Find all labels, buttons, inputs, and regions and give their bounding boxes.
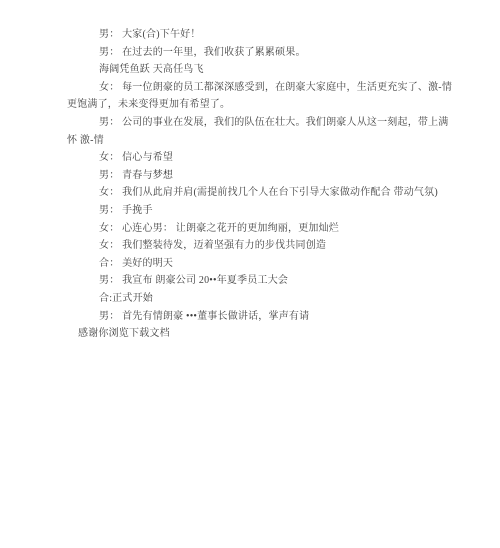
text-line: 女： 我们从此肩并肩(需提前找几个人在台下引导大家做动作配合 带动气氛) (67, 184, 442, 202)
document-body: 男： 大家(合)下午好！男： 在过去的一年里，我们收获了累累硕果。海阔凭鱼跃 天… (67, 26, 442, 343)
text-line: 怀 激-情 (67, 132, 442, 150)
document-page: 男： 大家(合)下午好！男： 在过去的一年里，我们收获了累累硕果。海阔凭鱼跃 天… (0, 0, 500, 548)
text-line: 男： 青春与梦想 (67, 167, 442, 185)
text-line: 海阔凭鱼跃 天高任鸟飞 (67, 61, 442, 79)
text-line: 合： 美好的明天 (67, 255, 442, 273)
text-line: 更饱满了，未来变得更加有希望了。 (67, 96, 442, 114)
text-line: 女： 每一位朗豪的员工都深深感受到，在朗豪大家庭中，生活更充实了、激-情 (67, 79, 442, 97)
text-line: 男： 公司的事业在发展，我们的队伍在壮大。我们朗豪人从这一刻起，带上满 (67, 114, 442, 132)
text-line: 男： 在过去的一年里，我们收获了累累硕果。 (67, 44, 442, 62)
text-line: 女： 我们整装待发，迈着坚强有力的步伐共同创造 (67, 237, 442, 255)
text-line: 男： 大家(合)下午好！ (67, 26, 442, 44)
text-line: 女： 信心与希望 (67, 149, 442, 167)
text-line: 女： 心连心男： 让朗豪之花开的更加绚丽，更加灿烂 (67, 220, 442, 238)
text-line: 男： 手挽手 (67, 202, 442, 220)
text-line: 合:正式开始 (67, 290, 442, 308)
text-line: 男： 我宣布 朗豪公司 20••年夏季员工大会 (67, 272, 442, 290)
text-line: 感谢你浏览下载文档 (67, 325, 442, 343)
text-line: 男： 首先有情朗豪 •••董事长做讲话，掌声有请 (67, 308, 442, 326)
